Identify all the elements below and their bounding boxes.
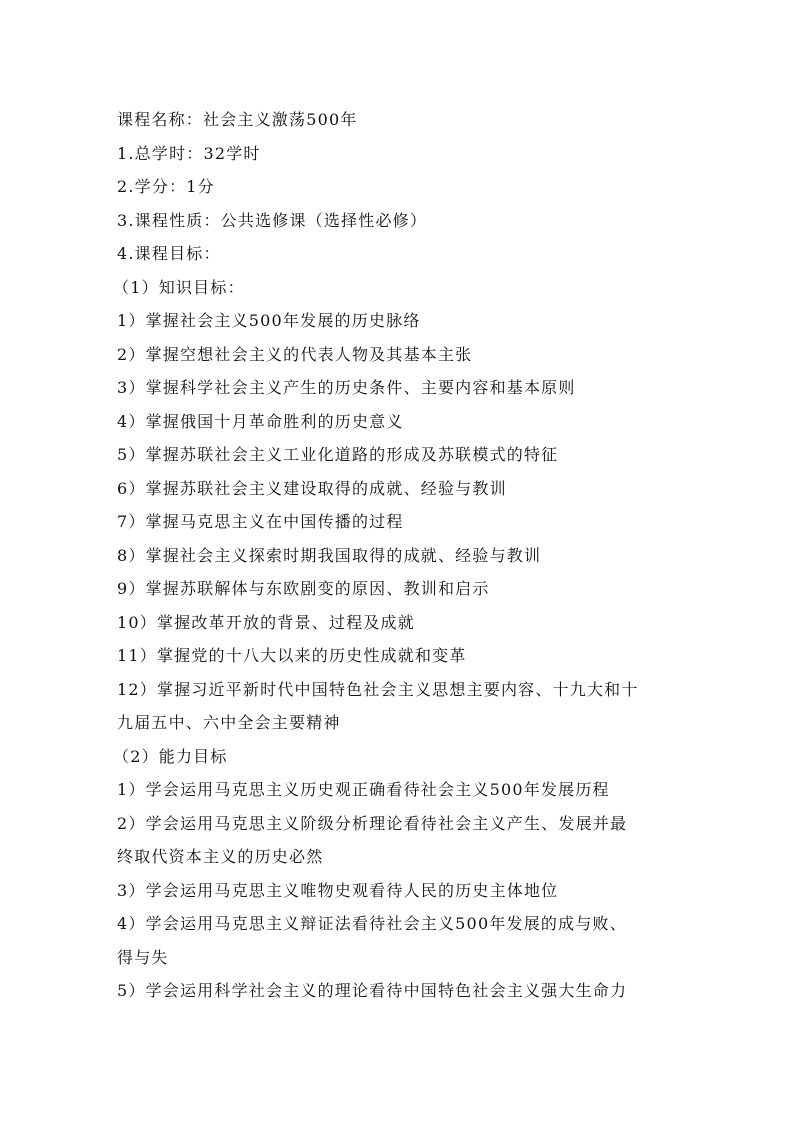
knowledge-goal-item: 7）掌握马克思主义在中国传播的过程 xyxy=(117,505,687,539)
course-goals-heading: 4.课程目标： xyxy=(117,237,687,271)
ability-goal-item: 3）学会运用马克思主义唯物史观看待人民的历史主体地位 xyxy=(117,874,687,908)
course-nature: 3.课程性质：公共选修课（选择性必修） xyxy=(117,204,687,238)
knowledge-goal-item: 5）掌握苏联社会主义工业化道路的形成及苏联模式的特征 xyxy=(117,438,687,472)
document-page: 课程名称：社会主义激荡500年 1.总学时：32学时 2.学分：1分 3.课程性… xyxy=(117,103,687,1008)
knowledge-goal-item: 9）掌握苏联解体与东欧剧变的原因、教训和启示 xyxy=(117,572,687,606)
ability-goals-heading: （2）能力目标 xyxy=(113,740,687,774)
ability-goal-item-continuation: 终取代资本主义的历史必然 xyxy=(117,840,687,874)
knowledge-goal-item: 1）掌握社会主义500年发展的历史脉络 xyxy=(117,304,687,338)
total-hours: 1.总学时：32学时 xyxy=(117,137,687,171)
knowledge-goal-item-continuation: 九届五中、六中全会主要精神 xyxy=(117,706,687,740)
knowledge-goal-item: 10）掌握改革开放的背景、过程及成就 xyxy=(117,606,687,640)
knowledge-goal-item: 6）掌握苏联社会主义建设取得的成就、经验与教训 xyxy=(117,472,687,506)
knowledge-goal-item: 8）掌握社会主义探索时期我国取得的成就、经验与教训 xyxy=(117,539,687,573)
knowledge-goal-item: 11）掌握党的十八大以来的历史性成就和变革 xyxy=(117,639,687,673)
knowledge-goal-item: 3）掌握科学社会主义产生的历史条件、主要内容和基本原则 xyxy=(117,371,687,405)
ability-goal-item: 1）学会运用马克思主义历史观正确看待社会主义500年发展历程 xyxy=(117,773,687,807)
ability-goal-item: 4）学会运用马克思主义辩证法看待社会主义500年发展的成与败、 xyxy=(117,907,687,941)
course-name: 课程名称：社会主义激荡500年 xyxy=(117,103,687,137)
knowledge-goal-item: 4）掌握俄国十月革命胜利的历史意义 xyxy=(117,405,687,439)
knowledge-goal-item: 12）掌握习近平新时代中国特色社会主义思想主要内容、十九大和十 xyxy=(117,673,687,707)
knowledge-goals-heading: （1）知识目标： xyxy=(113,271,687,305)
credits: 2.学分：1分 xyxy=(117,170,687,204)
ability-goal-item: 5）学会运用科学社会主义的理论看待中国特色社会主义强大生命力 xyxy=(117,974,687,1008)
ability-goal-item: 2）学会运用马克思主义阶级分析理论看待社会主义产生、发展并最 xyxy=(117,807,687,841)
knowledge-goal-item: 2）掌握空想社会主义的代表人物及其基本主张 xyxy=(117,338,687,372)
ability-goal-item-continuation: 得与失 xyxy=(117,941,687,975)
